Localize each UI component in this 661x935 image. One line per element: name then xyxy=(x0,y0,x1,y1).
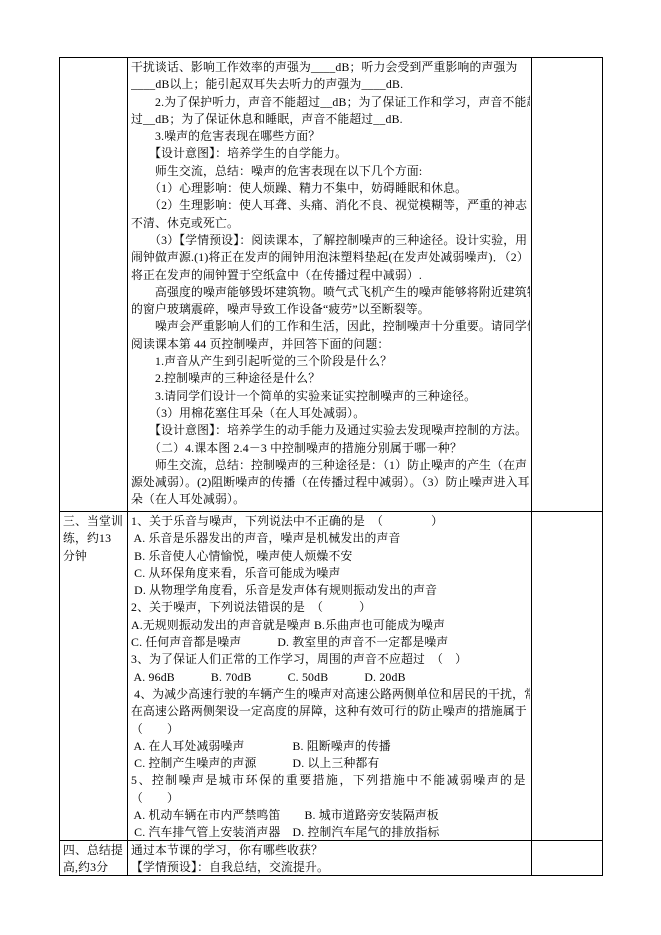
notes-cell-row2-empty xyxy=(532,512,603,841)
phase-label-line: 三、当堂训 xyxy=(63,513,126,530)
text-line: 过__dB；为了保证休息和睡眠，声音不能超过__dB. xyxy=(131,111,530,128)
text-line: （3）【学情预设】：阅读课本，了解控制噪声的三种途径。设计实验，用 xyxy=(131,232,530,249)
phase-cell-row2: 三、当堂训 练，约13 分钟 xyxy=(60,512,128,841)
lesson-plan-table: 干扰谈话、影响工作效率的声强为____dB；听力会受到严重影响的声强为 ____… xyxy=(59,57,603,876)
text-line: 【学情预设】：自我总结，交流提升。 xyxy=(131,859,530,876)
text-line: C. 任何声音都是噪声 D. 教室里的声音不一定都是噪声 xyxy=(131,634,530,651)
text-line: A.无规则振动发出的声音就是噪声 B.乐曲声也可能成为噪声 xyxy=(131,617,530,634)
text-line: 闹钟做声源.(1)将正在发声的闹钟用泡沫塑料垫起(在发声处减弱噪声)．（2） xyxy=(131,249,530,266)
text-line: C. 控制产生噪声的声源 D. 以上三种都有 xyxy=(131,755,530,772)
text-line: （ ） xyxy=(131,721,530,738)
notes-cell-row3-empty xyxy=(532,841,603,876)
notes-cell-row1-empty xyxy=(532,58,603,512)
text-line: 师生交流，总结：控制噪声的三种途径是：（1）防止噪声的产生（在声 xyxy=(131,457,530,474)
text-line: 1.声音从产生到引起听觉的三个阶段是什么？ xyxy=(131,353,530,370)
text-line: A. 乐音是乐器发出的声音，噪声是机械发出的声音 xyxy=(131,530,530,547)
text-line: 师生交流，总结：噪声的危害表现在以下几个方面: xyxy=(131,163,530,180)
text-line: 5、控制噪声是城市环保的重要措施，下列措施中不能减弱噪声的是 xyxy=(131,772,530,789)
text-line: A. 在人耳处减弱噪声 B. 阻断噪声的传播 xyxy=(131,738,530,755)
text-line: 阅读课本第 44 页控制噪声，并回答下面的问题： xyxy=(131,336,530,353)
phase-label-line: 练，约13 xyxy=(63,530,126,547)
content-cell-row2: 1、关于乐音与噪声，下列说法中不正确的是 （ ） A. 乐音是乐器发出的声音，噪… xyxy=(128,512,532,841)
text-line: 的窗户玻璃震碎，噪声导致工作设备“疲劳”以至断裂等。 xyxy=(131,301,530,318)
text-line: （ ） xyxy=(131,790,530,807)
text-line: （2）生理影响：使人耳聋、头痛、消化不良、视觉模糊等，严重的神志 xyxy=(131,197,530,214)
text-line: （1）心理影响：使人烦躁、精力不集中，妨碍睡眠和休息。 xyxy=(131,180,530,197)
text-line: 2、关于噪声，下列说法错误的是 （ ） xyxy=(131,599,530,616)
text-line: 【设计意图】：培养学生的动手能力及通过实验去发现噪声控制的方法。 xyxy=(131,422,530,439)
text-line: A. 机动车辆在市内严禁鸣笛 B. 城市道路旁安装隔声板 xyxy=(131,807,530,824)
text-line: C. 从环保角度来看，乐音可能成为噪声 xyxy=(131,565,530,582)
text-line: 3.噪声的危害表现在哪些方面？ xyxy=(131,128,530,145)
text-line: 不清、休克或死亡。 xyxy=(131,215,530,232)
text-line: B. 乐音使人心情愉悦，噪声使人烦燥不安 xyxy=(131,548,530,565)
content-cell-row3: 通过本节课的学习，你有哪些收获？ 【学情预设】：自我总结，交流提升。 xyxy=(128,841,532,876)
text-line: 高强度的噪声能够毁坏建筑物。喷气式飞机产生的噪声能够将附近建筑物 xyxy=(131,284,530,301)
text-line: A. 96dB B. 70dB C. 50dB D. 20dB xyxy=(131,669,530,686)
text-line: 噪声会严重影响人们的工作和生活，因此，控制噪声十分重要。请同学们 xyxy=(131,318,530,335)
text-line: 【设计意图】：培养学生的自学能力。 xyxy=(131,145,530,162)
text-line: 源处减弱）。(2)阻断噪声的传播（在传播过程中减弱）。（3）防止噪声进入耳 xyxy=(131,474,530,491)
text-line: 朵（在人耳处减弱）。 xyxy=(131,491,530,508)
text-line: 在高速公路两侧架设一定高度的屏障，这种有效可行的防止噪声的措施属于 xyxy=(131,703,530,720)
text-line: C. 汽车排气管上安装消声器 D. 控制汽车尾气的排放指标 xyxy=(131,824,530,841)
document-page: 干扰谈话、影响工作效率的声强为____dB；听力会受到严重影响的声强为 ____… xyxy=(0,0,661,935)
text-line: 1、关于乐音与噪声，下列说法中不正确的是 （ ） xyxy=(131,513,530,530)
text-line: 3.请同学们设计一个简单的实验来证实控制噪声的三种途径。 xyxy=(131,388,530,405)
text-line: 通过本节课的学习，你有哪些收获？ xyxy=(131,842,530,859)
text-line: ____dB以上；能引起双耳失去听力的声强为____dB. xyxy=(131,76,530,93)
text-line: D. 从物理学角度看，乐音是发声体有规则振动发出的声音 xyxy=(131,582,530,599)
text-line: 2.控制噪声的三种途径是什么？ xyxy=(131,370,530,387)
text-line: 4、为减少高速行驶的车辆产生的噪声对高速公路两侧单位和居民的干扰，常 xyxy=(131,686,530,703)
text-line: （二）4.课本图 2.4－3 中控制噪声的措施分别属于哪一种？ xyxy=(131,440,530,457)
phase-cell-row3: 四、总结提 高,约3分 xyxy=(60,841,128,876)
text-line: 3、为了保证人们正常的工作学习，周围的声音不应超过 （ ） xyxy=(131,651,530,668)
phase-label-line: 四、总结提 xyxy=(63,842,126,859)
text-line: （3）用棉花塞住耳朵（在人耳处减弱）。 xyxy=(131,405,530,422)
phase-cell-row1-empty xyxy=(60,58,128,512)
phase-label-line: 分钟 xyxy=(63,548,126,565)
text-line: 将正在发声的闹钟置于空纸盒中（在传播过程中减弱）. xyxy=(131,267,530,284)
text-line: 2.为了保护听力，声音不能超过__dB；为了保证工作和学习，声音不能超 xyxy=(131,94,530,111)
text-line: 干扰谈话、影响工作效率的声强为____dB；听力会受到严重影响的声强为 xyxy=(131,59,530,76)
content-cell-row1: 干扰谈话、影响工作效率的声强为____dB；听力会受到严重影响的声强为 ____… xyxy=(128,58,532,512)
phase-label-line: 高,约3分 xyxy=(63,859,126,876)
